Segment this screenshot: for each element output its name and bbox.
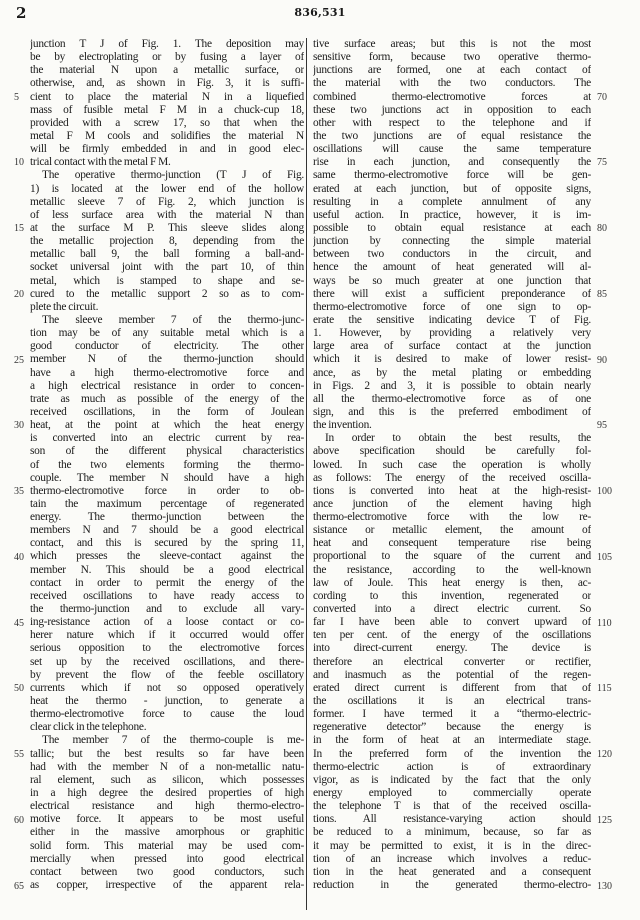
text-line: the resistance, according to the well-kn… [313,564,591,577]
text-line: combined thermo-electromotive forces at [313,91,591,104]
text-line: The operative thermo-junction (T J of Fi… [30,169,304,182]
text-line: the metallic projection 8, depending fro… [30,235,304,248]
text-line: In the preferred form of the invention t… [313,748,591,761]
text-line: contact, and this is secured by the spri… [30,537,304,550]
text-line: herer nature which if it occurred would … [30,629,304,642]
line-number: 70 [597,92,607,103]
text-line: The member 7 of the thermo-couple is me- [30,734,304,747]
text-line: converted into a direct electric current… [313,603,591,616]
text-line: junction T J of Fig. 1. The deposition m… [30,38,304,51]
line-number: 105 [597,552,612,563]
text-line: thermo-electromotive force of one sign t… [313,301,591,314]
line-number: 20 [14,289,24,300]
text-line: the thermo-junction and to exclude all v… [30,603,304,616]
text-line: in Figs. 2 and 3, it is possible to obta… [313,380,591,393]
text-line: above specification should be carefully … [313,445,591,458]
text-line: trate as much as possible of the energy … [30,393,304,406]
line-number: 125 [597,815,612,826]
text-line: there will exist a sufficient prepondera… [313,288,591,301]
line-number: 5 [14,92,19,103]
text-line: plete the circuit. [30,301,304,314]
text-line: in the form of heat at an intermediate s… [313,734,591,747]
text-line: sign, and this is the preferred embodime… [313,406,591,419]
text-line: received oscillations, in the form of Jo… [30,406,304,419]
line-number: 45 [14,618,24,629]
text-line: far I have been able to convert upward o… [313,616,591,629]
line-number: 90 [597,355,607,366]
line-number: 115 [597,683,612,694]
text-line: member N of the thermo-junction should [30,353,304,366]
text-line: of the two elements forming the thermo- [30,459,304,472]
text-line: in a high degree the desired properties … [30,787,304,800]
text-line: good conductor of electricity. The other [30,340,304,353]
right-text-column: tive surface areas; but this is not the … [313,38,591,892]
text-line: therefore an electrical converter or rec… [313,656,591,669]
text-line: provided with a screw 17, so that when t… [30,117,304,130]
text-line: serious opposition to the electromotive … [30,642,304,655]
text-line: of less surface area with the material N… [30,209,304,222]
text-line: which presses the sleeve-contact against… [30,550,304,563]
text-line: erate the sensitive indicating device T … [313,314,591,327]
text-line: former. I have termed it a “thermo-elect… [313,708,591,721]
text-line: couple. The member N should have a high [30,472,304,485]
text-line: had with the member N of a non-metallic … [30,761,304,774]
text-line: set up by the received oscillations, and… [30,656,304,669]
line-number: 55 [14,749,24,760]
text-line: resulting in a complete annulment of any [313,196,591,209]
text-line: tion in the heat generated and a consequ… [313,866,591,879]
text-line: ance junction of the element having high [313,498,591,511]
text-line: law of Joule. This heat energy is then, … [313,577,591,590]
text-line: metal F M cools and solidifies the mater… [30,130,304,143]
text-line: have a high thermo-electromotive force a… [30,367,304,380]
text-line: tions is converted into heat at the high… [313,485,591,498]
text-line: will be firmly embedded in and in good e… [30,143,304,156]
text-line: contact between two good conductors, suc… [30,866,304,879]
line-number: 130 [597,881,612,892]
text-line: heat and consequent temperature rise bei… [313,537,591,550]
text-line: the invention. [313,419,591,432]
text-line: metal, which is stamped to shape and se- [30,275,304,288]
text-line: thermo-electromotive force to cause the … [30,708,304,721]
text-line: erated at each junction, but of opposite… [313,183,591,196]
text-line: trical contact with the metal F M. [30,156,304,169]
text-line: received oscillations to have ready acce… [30,590,304,603]
text-line: other with respect to the telephone and … [313,117,591,130]
text-line: oscillations will cause the same tempera… [313,143,591,156]
text-line: the two junctions are of equal resistanc… [313,130,591,143]
text-line: The sleeve member 7 of the thermo-junc- [30,314,304,327]
text-line: possible to obtain equal resistance at e… [313,222,591,235]
text-line: the material with the two conductors. Th… [313,77,591,90]
text-line: currents which if not so opposed operati… [30,682,304,695]
column-divider [306,38,307,910]
text-line: junctions are formed, one at each contac… [313,64,591,77]
text-line: cient to place the material N in a lique… [30,91,304,104]
text-line: which it is desired to make of lower res… [313,353,591,366]
text-line: contact in order to permit the energy of… [30,577,304,590]
text-line: lowed. In such case the operation is who… [313,459,591,472]
line-number: 75 [597,157,607,168]
line-number: 80 [597,223,607,234]
text-line: between two conductors in the circuit, a… [313,248,591,261]
text-line: be reduced to a minimum, because, so far… [313,826,591,839]
text-line: energy employed to commercially operate [313,787,591,800]
text-line: son of the different physical characteri… [30,445,304,458]
text-line: ing-resistance action of a loose contact… [30,616,304,629]
text-line: members N and 7 should be a good electri… [30,524,304,537]
text-line: member N. This should be a good electric… [30,564,304,577]
line-number: 60 [14,815,24,826]
line-number: 30 [14,420,24,431]
text-line: thermo-electromotive force in order to o… [30,485,304,498]
text-line: regenerative detector” because the energ… [313,721,591,734]
text-line: ways be so much greater at one junction … [313,275,591,288]
text-line: these two junctions act in opposition to… [313,104,591,117]
text-line: mass of fusible metal F M in a chuck-cup… [30,104,304,117]
text-line: ten per cent. of the energy of the oscil… [313,629,591,642]
line-number: 65 [14,881,24,892]
text-line: metallic sleeve 7 of Fig. 2, which junct… [30,196,304,209]
left-text-column: junction T J of Fig. 1. The deposition m… [30,38,304,892]
text-line: clear click in the telephone. [30,721,304,734]
line-number: 25 [14,355,24,366]
text-line: tallic; but the best results so far have… [30,748,304,761]
text-line: tion of an increase which involves a red… [313,853,591,866]
patent-number: 836,531 [0,6,640,19]
text-line: same thermo-electromotive force will be … [313,169,591,182]
text-line: socket universal joint with the part 10,… [30,261,304,274]
text-line: heat the thermo - junction, to generate … [30,695,304,708]
text-line: mercially when pressed into good electri… [30,853,304,866]
text-line: 1) is located at the lower end of the ho… [30,183,304,196]
line-number: 50 [14,683,24,694]
line-number: 85 [597,289,607,300]
text-line: electrical resistance and high thermo-el… [30,800,304,813]
text-line: tions. All resistance-varying action sho… [313,813,591,826]
line-number: 120 [597,749,612,760]
text-line: thermo-electric action is of extraordina… [313,761,591,774]
text-line: otherwise, and, as shown in Fig. 3, it i… [30,77,304,90]
text-line: proportional to the square of the curren… [313,550,591,563]
text-line: motive force. It appears to be most usef… [30,813,304,826]
line-number: 15 [14,223,24,234]
text-line: a high electrical resistance in order to… [30,380,304,393]
text-line: solid form. This material may be used co… [30,840,304,853]
text-line: the telephone T is that of the received … [313,800,591,813]
text-line: tion may be of any suitable metal which … [30,327,304,340]
text-line: at the surface M P. This sleeve slides a… [30,222,304,235]
text-line: rise in each junction, and consequently … [313,156,591,169]
text-line: sistance or metallic element, the amount… [313,524,591,537]
text-line: be by electroplating or by fusing a laye… [30,51,304,64]
text-line: all the thermo-electromotive force as of… [313,393,591,406]
text-line: either in the massive amorphous or graph… [30,826,304,839]
line-number: 110 [597,618,612,629]
text-line: and inasmuch as the potential of the reg… [313,669,591,682]
text-line: it may be permitted to exist, it is in t… [313,840,591,853]
text-line: junction by connecting the simple materi… [313,235,591,248]
text-line: erated direct current is different from … [313,682,591,695]
text-line: heat, at the point at which the heat ene… [30,419,304,432]
text-line: is converted into an electric current by… [30,432,304,445]
text-line: metallic ball 9, the ball forming a ball… [30,248,304,261]
text-line: ance, as by the metal plating or embeddi… [313,367,591,380]
text-line: the oscillations it is an electrical tra… [313,695,591,708]
text-line: hence the amount of heat generated will … [313,261,591,274]
text-line: tain the maximum percentage of regenerat… [30,498,304,511]
text-line: In order to obtain the best results, the [313,432,591,445]
text-line: thermo-electromotive force with the low … [313,511,591,524]
text-line: reduction in the generated thermo-electr… [313,879,591,892]
line-number: 10 [14,157,24,168]
line-number: 35 [14,486,24,497]
text-line: tive surface areas; but this is not the … [313,38,591,51]
text-line: into direct-current energy. The device i… [313,642,591,655]
text-line: by prevent the flow of the feeble oscill… [30,669,304,682]
line-number: 100 [597,486,612,497]
text-line: energy. The thermo-junction between the [30,511,304,524]
text-line: cording to this invention, regenerated o… [313,590,591,603]
text-line: large area of surface contact at the jun… [313,340,591,353]
text-line: useful action. In practice, however, it … [313,209,591,222]
line-number: 40 [14,552,24,563]
text-line: sensitive form, because two operative th… [313,51,591,64]
text-line: the material N upon a metallic surface, … [30,64,304,77]
text-line: ral element, such as silicon, which poss… [30,774,304,787]
text-line: as follows: The energy of the received o… [313,472,591,485]
text-line: 1. However, by providing a relatively ve… [313,327,591,340]
line-number: 95 [597,420,607,431]
text-line: vigor, as is indicated by the fact that … [313,774,591,787]
text-line: cured to the metallic support 2 so as to… [30,288,304,301]
text-line: as copper, irrespective of the apparent … [30,879,304,892]
